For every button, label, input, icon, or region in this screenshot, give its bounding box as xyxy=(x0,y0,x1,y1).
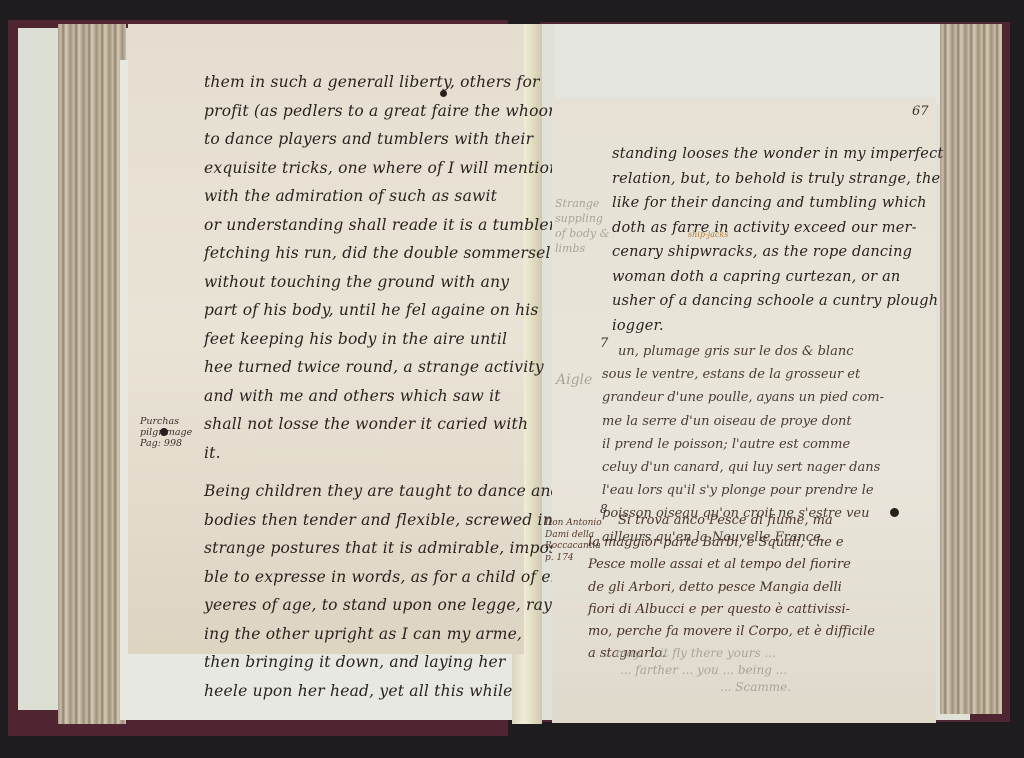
text-line: celuy d'un canard, qui luy sert nager da… xyxy=(580,456,884,479)
text-line: fetching his run, did the double sommers… xyxy=(204,239,611,268)
text-line: standing looses the wonder in my imperfe… xyxy=(612,142,943,167)
text-line: exquisite tricks, one where of I will me… xyxy=(204,154,611,183)
text-line: or understanding shall reade it is a tum… xyxy=(204,211,611,240)
text-line: with the admiration of such as sawit xyxy=(204,182,611,211)
text-line: de gli Arbori, detto pesce Mangia delli xyxy=(588,577,875,599)
text-line: profit (as pedlers to a great faire the … xyxy=(204,97,611,126)
text-line: iogger. xyxy=(612,314,943,339)
page-number: 67 xyxy=(912,104,929,119)
ink-blot xyxy=(160,428,168,436)
text-line: un, plumage gris sur le dos & blanc xyxy=(580,340,884,363)
right-page-english-text: standing looses the wonder in my imperfe… xyxy=(612,142,943,338)
text-line: ing the other upright as I can my arme, xyxy=(204,620,611,649)
text-line: yeeres of age, to stand upon one legge, … xyxy=(204,591,611,620)
left-page-text: them in such a generall liberty, others … xyxy=(204,68,611,705)
text-line: doth as farre in activity exceed our mer… xyxy=(612,216,943,241)
text-line: woman doth a capring curtezan, or an xyxy=(612,265,943,290)
text-line: mo, perche fa movere il Corpo, et è diff… xyxy=(588,621,875,643)
right-backing-sheet xyxy=(555,24,940,104)
text-line: heele upon her head, yet all this while xyxy=(204,677,611,706)
text-line: like for their dancing and tumbling whic… xyxy=(612,191,943,216)
text-line: them in such a generall liberty, others … xyxy=(204,68,611,97)
text-line: la maggior parte Barbi, e Squali, che e xyxy=(588,532,875,554)
text-line: feet keeping his body in the aire until xyxy=(204,325,611,354)
text-line: ble to expresse in words, as for a child… xyxy=(204,563,611,592)
text-line: sous le ventre, estans de la grosseur et xyxy=(580,363,884,386)
text-line: then bringing it down, and laying her xyxy=(204,648,611,677)
ink-blot xyxy=(440,90,447,97)
right-margin-note-faint: Strange suppling of body & limbs xyxy=(555,196,609,256)
text-line: it. xyxy=(204,439,611,468)
text-line: l'eau lors qu'il s'y plonge pour prendre… xyxy=(580,479,884,502)
text-line: me la serre d'un oiseau de proye dont xyxy=(580,410,884,433)
ink-blot xyxy=(890,508,899,517)
text-line: relation, but, to behold is truly strang… xyxy=(612,167,943,192)
text-line: and with me and others which saw it xyxy=(204,382,611,411)
text-line: hee turned twice round, a strange activi… xyxy=(204,353,611,382)
right-page-stack-edge xyxy=(940,24,1002,714)
text-line: without touching the ground with any xyxy=(204,268,611,297)
text-line: Si trova anco Pesce di fiume, ma xyxy=(588,510,875,532)
text-line: part of his body, until he fel againe on… xyxy=(204,296,611,325)
left-page-stack-edge xyxy=(58,24,126,724)
text-line: usher of a dancing schoole a cuntry plou… xyxy=(612,289,943,314)
text-line: grandeur d'une poulle, ayans un pied com… xyxy=(580,386,884,409)
text-line: Being children they are taught to dance … xyxy=(204,477,611,506)
text-line: cenary shipwracks, as the rope dancing xyxy=(612,240,943,265)
text-line: fiori di Albucci e per questo è cattivis… xyxy=(588,599,875,621)
text-line: Pesce molle assai et al tempo del fiorir… xyxy=(588,554,875,576)
text-line: to dance players and tumblers with their xyxy=(204,125,611,154)
interlinear-note: ship-jacks xyxy=(688,230,728,239)
right-page-italian-text: Si trova anco Pesce di fiume, ma la magg… xyxy=(588,510,875,665)
bleedthrough-text: ... may ... it fly there yours ... ... f… xyxy=(600,645,791,696)
text-line: il prend le poisson; l'autre est comme xyxy=(580,433,884,456)
text-line: shall not losse the wonder it caried wit… xyxy=(204,410,611,439)
